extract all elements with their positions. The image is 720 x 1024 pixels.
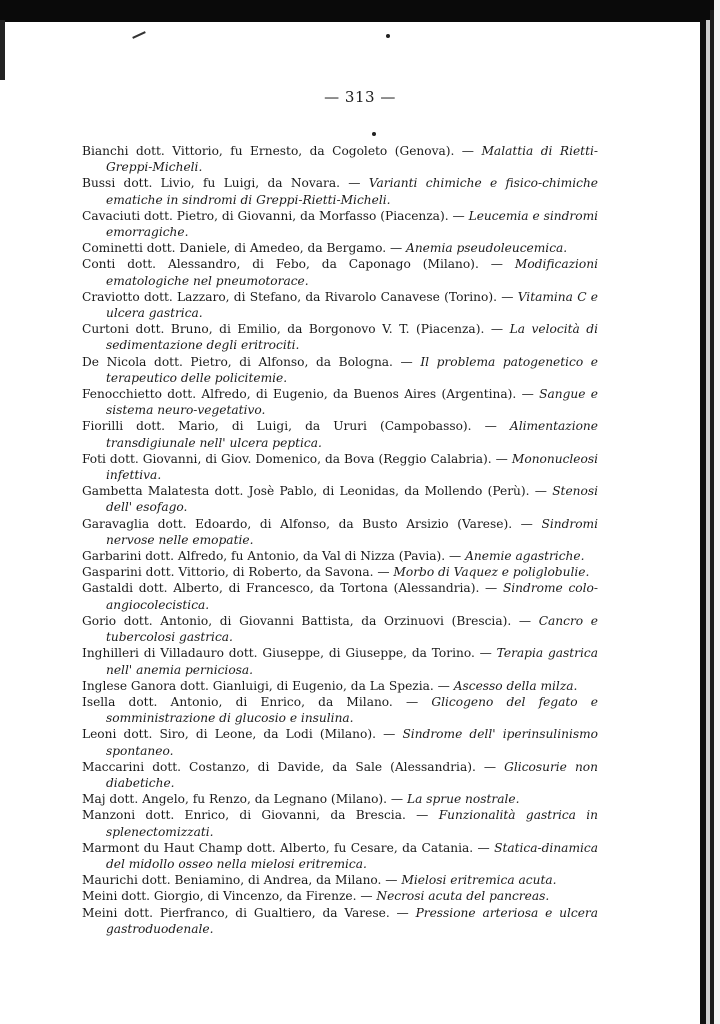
list-item: Bussi dott. Livio, fu Luigi, da Novara. …: [82, 175, 598, 207]
list-item: Inglese Ganora dott. Gianluigi, di Eugen…: [82, 678, 598, 694]
entry-author: Curtoni dott. Bruno, di Emilio, da Borgo…: [82, 322, 503, 336]
scan-speck: [386, 34, 390, 38]
entry-author: Craviotto dott. Lazzaro, di Stefano, da …: [82, 290, 513, 304]
scan-stray-mark: [132, 31, 146, 39]
list-item: Meini dott. Pierfranco, di Gualtiero, da…: [82, 905, 598, 937]
list-item: Meini dott. Giorgio, di Vincenzo, da Fir…: [82, 888, 598, 904]
entry-title: Necrosi acuta del pancreas.: [376, 889, 549, 903]
list-item: Gambetta Malatesta dott. Josè Pablo, di …: [82, 483, 598, 515]
entry-author: Meini dott. Pierfranco, di Gualtiero, da…: [82, 906, 409, 920]
page-number: — 313 —: [0, 88, 720, 106]
thesis-list: Bianchi dott. Vittorio, fu Ernesto, da C…: [82, 143, 598, 937]
scan-left-edge: [0, 20, 5, 80]
list-item: Cavaciuti dott. Pietro, di Giovanni, da …: [82, 208, 598, 240]
list-item: Maurichi dott. Beniamino, di Andrea, da …: [82, 872, 598, 888]
entry-author: Manzoni dott. Enrico, di Giovanni, da Br…: [82, 808, 428, 822]
list-item: Manzoni dott. Enrico, di Giovanni, da Br…: [82, 807, 598, 839]
list-item: Isella dott. Antonio, di Enrico, da Mila…: [82, 694, 598, 726]
entry-title: Morbo di Vaquez e poliglobulie.: [393, 565, 589, 579]
entry-author: Meini dott. Giorgio, di Vincenzo, da Fir…: [82, 889, 373, 903]
list-item: De Nicola dott. Pietro, di Alfonso, da B…: [82, 354, 598, 386]
entry-author: Fenocchietto dott. Alfredo, di Eugenio, …: [82, 387, 534, 401]
entry-author: Maj dott. Angelo, fu Renzo, da Legnano (…: [82, 792, 403, 806]
entry-author: Inglese Ganora dott. Gianluigi, di Eugen…: [82, 679, 450, 693]
entry-title: Ascesso della milza.: [454, 679, 578, 693]
entry-author: Foti dott. Giovanni, di Giov. Domenico, …: [82, 452, 508, 466]
entry-author: De Nicola dott. Pietro, di Alfonso, da B…: [82, 355, 413, 369]
entry-author: Leoni dott. Siro, di Leone, da Lodi (Mil…: [82, 727, 395, 741]
list-item: Craviotto dott. Lazzaro, di Stefano, da …: [82, 289, 598, 321]
entry-author: Gorio dott. Antonio, di Giovanni Battist…: [82, 614, 531, 628]
entry-author: Garbarini dott. Alfredo, fu Antonio, da …: [82, 549, 461, 563]
list-item: Fenocchietto dott. Alfredo, di Eugenio, …: [82, 386, 598, 418]
list-item: Conti dott. Alessandro, di Febo, da Capo…: [82, 256, 598, 288]
list-item: Garbarini dott. Alfredo, fu Antonio, da …: [82, 548, 598, 564]
scan-top-border: [0, 0, 720, 22]
list-item: Cominetti dott. Daniele, di Amedeo, da B…: [82, 240, 598, 256]
list-item: Foti dott. Giovanni, di Giov. Domenico, …: [82, 451, 598, 483]
entry-author: Isella dott. Antonio, di Enrico, da Mila…: [82, 695, 418, 709]
entry-author: Marmont du Haut Champ dott. Alberto, fu …: [82, 841, 490, 855]
list-item: Inghilleri di Villadauro dott. Giuseppe,…: [82, 645, 598, 677]
list-item: Leoni dott. Siro, di Leone, da Lodi (Mil…: [82, 726, 598, 758]
entry-author: Cominetti dott. Daniele, di Amedeo, da B…: [82, 241, 402, 255]
entry-author: Gambetta Malatesta dott. Josè Pablo, di …: [82, 484, 547, 498]
list-item: Gasparini dott. Vittorio, di Roberto, da…: [82, 564, 598, 580]
list-item: Maccarini dott. Costanzo, di Davide, da …: [82, 759, 598, 791]
entry-author: Bianchi dott. Vittorio, fu Ernesto, da C…: [82, 144, 474, 158]
entry-author: Garavaglia dott. Edoardo, di Alfonso, da…: [82, 517, 533, 531]
list-item: Maj dott. Angelo, fu Renzo, da Legnano (…: [82, 791, 598, 807]
entry-author: Inghilleri di Villadauro dott. Giuseppe,…: [82, 646, 492, 660]
list-item: Fiorilli dott. Mario, di Luigi, da Ururi…: [82, 418, 598, 450]
entry-author: Gastaldi dott. Alberto, di Francesco, da…: [82, 581, 497, 595]
list-item: Curtoni dott. Bruno, di Emilio, da Borgo…: [82, 321, 598, 353]
scan-speck: [372, 132, 376, 136]
list-item: Gastaldi dott. Alberto, di Francesco, da…: [82, 580, 598, 612]
entry-title: Mielosi eritremica acuta.: [401, 873, 556, 887]
entry-title: Anemia pseudoleucemica.: [406, 241, 567, 255]
entry-author: Conti dott. Alessandro, di Febo, da Capo…: [82, 257, 503, 271]
entry-author: Cavaciuti dott. Pietro, di Giovanni, da …: [82, 209, 465, 223]
scan-page-margin: [714, 0, 720, 1024]
entry-author: Maccarini dott. Costanzo, di Davide, da …: [82, 760, 496, 774]
entry-author: Gasparini dott. Vittorio, di Roberto, da…: [82, 565, 390, 579]
entry-author: Fiorilli dott. Mario, di Luigi, da Ururi…: [82, 419, 497, 433]
entry-author: Bussi dott. Livio, fu Luigi, da Novara. …: [82, 176, 360, 190]
list-item: Garavaglia dott. Edoardo, di Alfonso, da…: [82, 516, 598, 548]
list-item: Bianchi dott. Vittorio, fu Ernesto, da C…: [82, 143, 598, 175]
list-item: Marmont du Haut Champ dott. Alberto, fu …: [82, 840, 598, 872]
entry-author: Maurichi dott. Beniamino, di Andrea, da …: [82, 873, 398, 887]
entry-title: Anemie agastriche.: [465, 549, 584, 563]
list-item: Gorio dott. Antonio, di Giovanni Battist…: [82, 613, 598, 645]
entry-title: La sprue nostrale.: [407, 792, 519, 806]
